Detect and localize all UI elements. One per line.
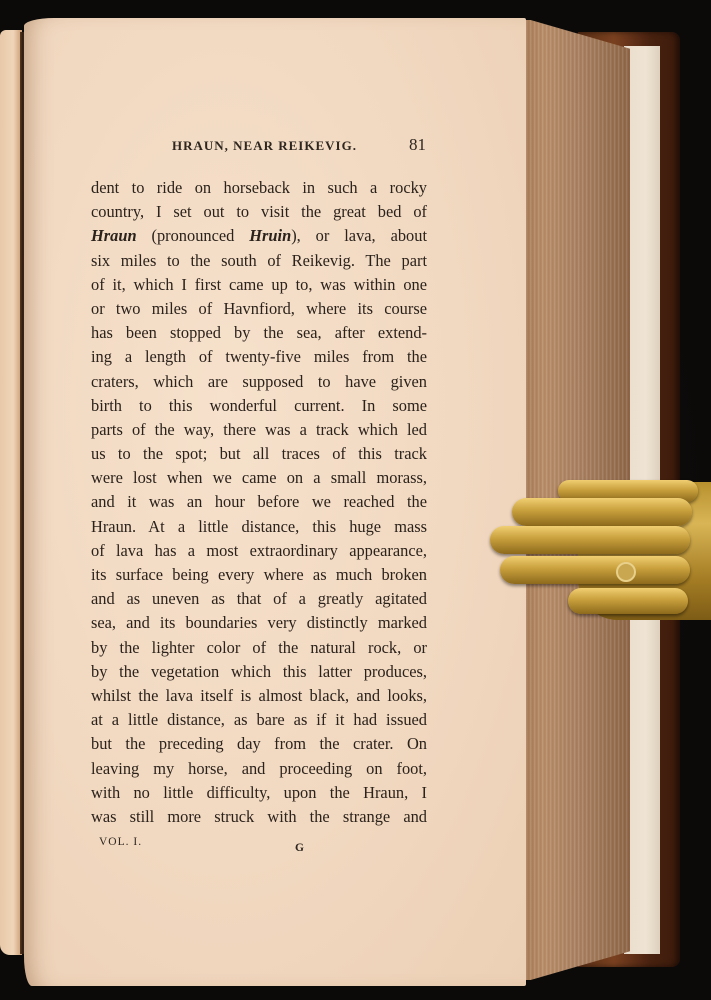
text-line: by the vegetation which this latter prod…: [91, 660, 427, 684]
text-line: dent to ride on horseback in such a rock…: [91, 176, 427, 200]
text-line: ing a length of twenty-five miles from t…: [91, 345, 427, 369]
page-number: 81: [409, 135, 426, 155]
text-line: country, I set out to visit the great be…: [91, 200, 427, 224]
text-line: were lost when we came on a small morass…: [91, 466, 427, 490]
ring-icon: [616, 562, 636, 582]
text-line: parts of the way, there was a track whic…: [91, 418, 427, 442]
text-line: but the preceding day from the crater. O…: [91, 732, 427, 756]
text-line: its surface being every where as much br…: [91, 563, 427, 587]
text-line: was still more struck with the strange a…: [91, 805, 427, 829]
text-line: and as uneven as that of a greatly agita…: [91, 587, 427, 611]
volume-footer: VOL. I.: [99, 836, 142, 848]
text-line: of lava has a most extraordinary appeara…: [91, 539, 427, 563]
text-line: and it was an hour before we reached the: [91, 490, 427, 514]
text-line: sea, and its boundaries very distinctly …: [91, 611, 427, 635]
text-line: six miles to the south of Reikevig. The …: [91, 249, 427, 273]
body-text: dent to ride on horseback in such a rock…: [91, 176, 427, 829]
brass-finger: [490, 526, 690, 554]
text-line: craters, which are supposed to have give…: [91, 370, 427, 394]
text-line: or two miles of Havnfiord, where its cou…: [91, 297, 427, 321]
brass-hand-page-holder: [488, 476, 711, 624]
text-line: leaving my horse, and proceeding on foot…: [91, 757, 427, 781]
left-page-edge: [0, 30, 22, 955]
text-line: with no little difficulty, upon the Hrau…: [91, 781, 427, 805]
text-line: by the lighter color of the natural rock…: [91, 636, 427, 660]
text-line-italic-terms: Hraun (pronounced Hruin), or lava, about: [91, 224, 427, 248]
text-fragment: (pronounced: [137, 226, 250, 245]
text-line: has been stopped by the sea, after exten…: [91, 321, 427, 345]
brass-finger: [500, 556, 690, 584]
brass-thumb: [568, 588, 688, 614]
text-line: us to the spot; but all traces of this t…: [91, 442, 427, 466]
text-line: whilst the lava itself is almost black, …: [91, 684, 427, 708]
signature-mark: G: [295, 842, 304, 854]
text-fragment: ), or lava, about: [291, 226, 427, 245]
italic-term-hraun: Hraun: [91, 226, 137, 245]
brass-finger: [512, 498, 692, 526]
running-head: HRAUN, NEAR REIKEVIG.: [172, 138, 432, 154]
book-page: HRAUN, NEAR REIKEVIG. 81 dent to ride on…: [24, 18, 526, 986]
text-line: at a little distance, as bare as if it h…: [91, 708, 427, 732]
text-line: Hraun. At a little distance, this huge m…: [91, 515, 427, 539]
italic-term-hruin: Hruin: [249, 226, 291, 245]
text-line: of it, which I first came up to, was wit…: [91, 273, 427, 297]
text-line: birth to this wonderful current. In some: [91, 394, 427, 418]
